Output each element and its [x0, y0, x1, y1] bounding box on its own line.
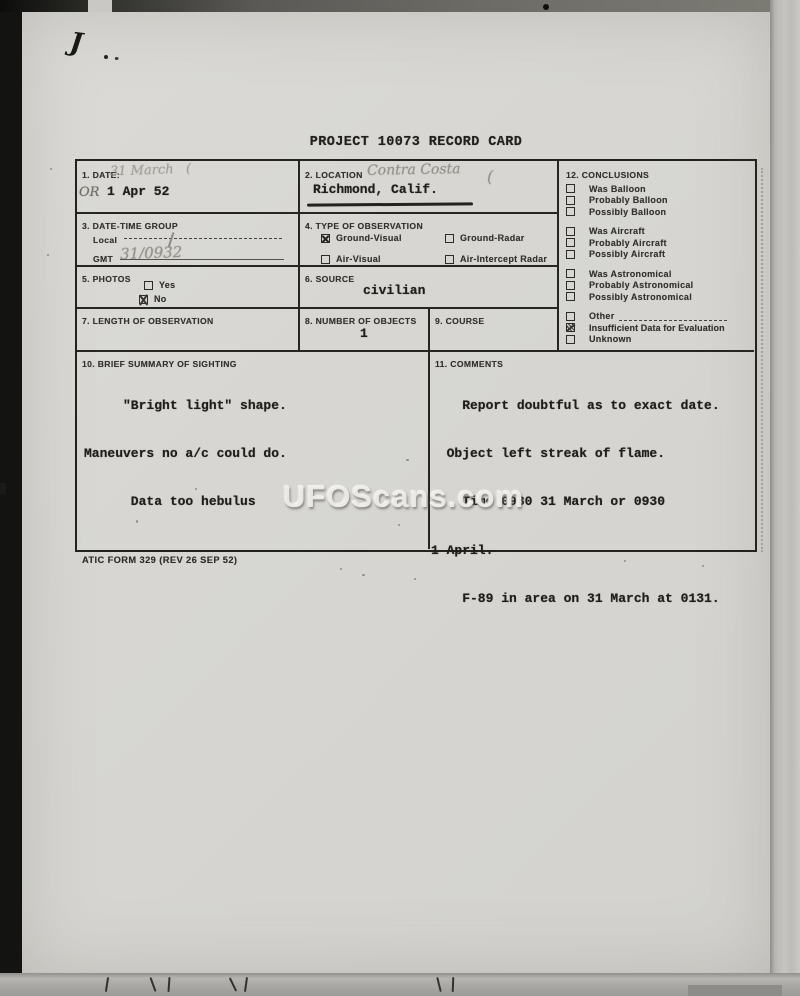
scan-dotted-line: [761, 168, 763, 552]
dtg-gmt-label: GMT: [93, 254, 113, 264]
speck: [702, 565, 704, 567]
course-label: 9. COURSE: [435, 316, 484, 326]
field-length-of-observation: 7. LENGTH OF OBSERVATION: [82, 311, 294, 347]
checkbox: [566, 292, 575, 301]
type-label: 4. TYPE OF OBSERVATION: [305, 221, 423, 231]
conclusions-label: 12. CONCLUSIONS: [566, 170, 649, 180]
numobj-label: 8. NUMBER OF OBJECTS: [305, 316, 417, 326]
dtg-local-label: Local: [93, 235, 117, 245]
summary-line: Maneuvers no a/c could do.: [84, 445, 287, 463]
option-air-intercept-radar: Air-Intercept Radar: [445, 254, 547, 264]
comments-line: Object left streak of flame.: [431, 445, 720, 463]
option-ground-visual: Ground-Visual: [321, 233, 402, 243]
source-value: civilian: [363, 283, 425, 298]
summary-line: Data too hebulus: [84, 493, 287, 511]
grid-line: [77, 265, 559, 267]
comments-line: F-89 in area on 31 March at 0131.: [431, 590, 720, 608]
location-label: 2. LOCATION: [305, 170, 363, 180]
checkbox: [566, 207, 575, 216]
speck: [340, 568, 342, 570]
conclusion-group-balloon: Was Balloon Probably Balloon Possibly Ba…: [566, 183, 754, 218]
speck: [136, 520, 138, 523]
scan-edge-bottom: [0, 973, 800, 996]
checkbox: [566, 250, 575, 259]
checkbox: [566, 269, 575, 278]
scan-edge-right: [770, 0, 800, 996]
location-paren: (: [487, 167, 493, 186]
checkbox: [566, 312, 575, 321]
speck: [47, 254, 49, 256]
field-date-time-group: 3. DATE-TIME GROUP Local GMT 31/0932: [82, 216, 292, 263]
checkbox: [566, 238, 575, 247]
speck: [398, 524, 400, 526]
hand-underline: [307, 202, 473, 206]
field-comments: 11. COMMENTS Report doubtful as to exact…: [435, 354, 753, 550]
speck: [414, 578, 416, 580]
checkbox: [566, 196, 575, 205]
date-value: 1 Apr 52: [107, 184, 169, 199]
location-value: Richmond, Calif.: [313, 182, 438, 197]
field-summary: 10. BRIEF SUMMARY OF SIGHTING "Bright li…: [82, 354, 424, 550]
scan-edge-top: [0, 0, 800, 12]
dtg-local-line: [124, 228, 282, 239]
ink-dot: [104, 55, 108, 59]
dtg-gmt-line: [120, 249, 284, 260]
option-air-visual: Air-Visual: [321, 254, 381, 264]
speck: [624, 560, 626, 562]
field-number-of-objects: 8. NUMBER OF OBJECTS 1: [305, 311, 425, 347]
scan-dot: [543, 4, 549, 10]
grid-line: [77, 307, 559, 309]
scanned-record-card-page: J PROJECT 10073 RECORD CARD 1. DATE: 31 …: [0, 0, 800, 996]
speck: [50, 168, 52, 170]
length-label: 7. LENGTH OF OBSERVATION: [82, 316, 214, 326]
field-photos: 5. PHOTOS Yes No: [82, 269, 292, 305]
checkbox: [321, 255, 330, 264]
checkbox: [566, 227, 575, 236]
grid-line: [298, 161, 300, 350]
source-label: 6. SOURCE: [305, 274, 354, 284]
checkbox: [445, 255, 454, 264]
photos-label: 5. PHOTOS: [82, 274, 131, 284]
summary-line: "Bright light" shape.: [84, 397, 287, 415]
speck: [116, 57, 119, 60]
conclusion-group-aircraft: Was Aircraft Probably Aircraft Possibly …: [566, 226, 754, 261]
option-photos-no: No: [139, 294, 167, 304]
scan-edge-bottom-dark: [688, 985, 782, 996]
checkbox: [566, 184, 575, 193]
checkbox-checked: [139, 295, 148, 304]
conclusion-group-astronomical: Was Astronomical Probably Astronomical P…: [566, 268, 754, 303]
field-type-of-observation: 4. TYPE OF OBSERVATION Ground-Visual Gro…: [305, 216, 555, 263]
checkbox-checked: [566, 323, 575, 332]
comments-line: 1 April.: [431, 542, 720, 560]
checkbox-checked: [321, 234, 330, 243]
comments-line: Report doubtful as to exact date.: [431, 397, 720, 415]
scan-edge-notch: [88, 0, 112, 12]
location-handwritten: Contra Costa: [367, 161, 461, 179]
speck: [195, 488, 197, 490]
page-title: PROJECT 10073 RECORD CARD: [75, 135, 757, 150]
option-ground-radar: Ground-Radar: [445, 233, 525, 243]
field-course: 9. COURSE: [435, 311, 553, 347]
grid-line: [557, 161, 559, 350]
conclusion-group-other: Other Insufficient Data for Evaluation U…: [566, 311, 754, 346]
numobj-value: 1: [360, 326, 368, 341]
checkbox: [445, 234, 454, 243]
field-location: 2. LOCATION Contra Costa ( Richmond, Cal…: [305, 165, 553, 209]
speck: [406, 459, 409, 461]
field-date: 1. DATE: 31 March ( OR 1 Apr 52: [82, 165, 292, 209]
grid-line: [77, 212, 559, 214]
checkbox: [144, 281, 153, 290]
checkbox: [566, 281, 575, 290]
watermark: UFOScans.com: [283, 479, 524, 515]
date-handwritten: 31 March (: [110, 162, 192, 180]
field-source: 6. SOURCE civilian: [305, 269, 553, 305]
field-conclusions: 12. CONCLUSIONS Was Balloon Probably Bal…: [566, 165, 754, 348]
date-handwritten-prefix: OR: [79, 185, 99, 200]
other-write-in-line: [619, 312, 727, 321]
form-number: ATIC FORM 329 (REV 26 SEP 52): [82, 555, 237, 565]
option-photos-yes: Yes: [144, 280, 175, 290]
scan-edge-mark: [0, 483, 6, 494]
speck: [362, 574, 365, 576]
checkbox: [566, 335, 575, 344]
